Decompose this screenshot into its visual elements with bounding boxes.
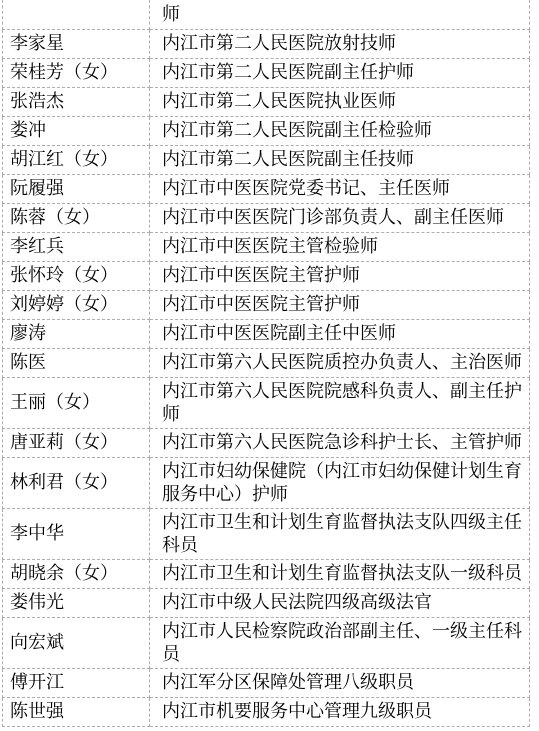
position-cell: 内江市中医医院党委书记、主任医师 <box>150 174 530 203</box>
name-cell: 唐亚莉（女） <box>3 428 150 457</box>
table-row: 师 <box>3 0 530 29</box>
name-cell: 林利君（女） <box>3 457 150 508</box>
position-cell: 内江市中医医院主管护师 <box>150 290 530 319</box>
name-cell: 娄伟光 <box>3 588 150 617</box>
name-cell: 阮履强 <box>3 174 150 203</box>
table-row: 娄伟光内江市中级人民法院四级高级法官 <box>3 588 530 617</box>
table-row: 李中华内江市卫生和计划生育监督执法支队四级主任科员 <box>3 508 530 559</box>
position-cell: 内江市机要服务中心管理九级职员 <box>150 697 530 726</box>
name-cell <box>3 0 150 29</box>
name-cell: 娄冲 <box>3 116 150 145</box>
name-cell: 刘婷婷（女） <box>3 290 150 319</box>
position-cell: 内江市中医医院门诊部负责人、副主任医师 <box>150 203 530 232</box>
name-cell: 向宏斌 <box>3 617 150 668</box>
name-cell: 傅开江 <box>3 668 150 697</box>
table-row: 李红兵内江市中医医院主管检验师 <box>3 232 530 261</box>
name-cell: 荣桂芳（女） <box>3 58 150 87</box>
name-cell: 王丽（女） <box>3 377 150 428</box>
table-row: 唐亚莉（女）内江市第六人民医院急诊科护士长、主管护师 <box>3 428 530 457</box>
table-row: 傅开江内江军分区保障处管理八级职员 <box>3 668 530 697</box>
position-cell: 内江市中级人民法院四级高级法官 <box>150 588 530 617</box>
personnel-table-body: 师李家星内江市第二人民医院放射技师荣桂芳（女）内江市第二人民医院副主任护师张浩杰… <box>3 0 530 726</box>
position-cell: 内江市卫生和计划生育监督执法支队一级科员 <box>150 559 530 588</box>
position-cell: 内江市卫生和计划生育监督执法支队四级主任科员 <box>150 508 530 559</box>
position-cell: 内江市中医医院副主任中医师 <box>150 319 530 348</box>
name-cell: 廖涛 <box>3 319 150 348</box>
position-cell: 内江市妇幼保健院（内江市妇幼保健计划生育服务中心）护师 <box>150 457 530 508</box>
name-cell: 张浩杰 <box>3 87 150 116</box>
table-row: 荣桂芳（女）内江市第二人民医院副主任护师 <box>3 58 530 87</box>
table-row: 陈世强内江市机要服务中心管理九级职员 <box>3 697 530 726</box>
position-cell: 内江市第六人民医院急诊科护士长、主管护师 <box>150 428 530 457</box>
table-row: 李家星内江市第二人民医院放射技师 <box>3 29 530 58</box>
table-row: 张怀玲（女）内江市中医医院主管护师 <box>3 261 530 290</box>
name-cell: 李中华 <box>3 508 150 559</box>
table-row: 娄冲内江市第二人民医院副主任检验师 <box>3 116 530 145</box>
name-cell: 胡晓余（女） <box>3 559 150 588</box>
name-cell: 陈世强 <box>3 697 150 726</box>
personnel-table: 师李家星内江市第二人民医院放射技师荣桂芳（女）内江市第二人民医院副主任护师张浩杰… <box>2 0 530 727</box>
name-cell: 胡江红（女） <box>3 145 150 174</box>
name-cell: 李红兵 <box>3 232 150 261</box>
table-row: 陈蓉（女）内江市中医医院门诊部负责人、副主任医师 <box>3 203 530 232</box>
position-cell: 内江市第二人民医院执业医师 <box>150 87 530 116</box>
table-row: 张浩杰内江市第二人民医院执业医师 <box>3 87 530 116</box>
name-cell: 陈医 <box>3 348 150 377</box>
table-row: 胡江红（女）内江市第二人民医院副主任技师 <box>3 145 530 174</box>
position-cell: 内江市第二人民医院副主任检验师 <box>150 116 530 145</box>
table-row: 向宏斌内江市人民检察院政治部副主任、一级主任科员 <box>3 617 530 668</box>
name-cell: 李家星 <box>3 29 150 58</box>
table-row: 廖涛内江市中医医院副主任中医师 <box>3 319 530 348</box>
position-cell: 内江市第二人民医院放射技师 <box>150 29 530 58</box>
position-cell: 内江市第二人民医院副主任护师 <box>150 58 530 87</box>
table-row: 刘婷婷（女）内江市中医医院主管护师 <box>3 290 530 319</box>
name-cell: 张怀玲（女） <box>3 261 150 290</box>
position-cell: 内江市第二人民医院副主任技师 <box>150 145 530 174</box>
document-page: 师李家星内江市第二人民医院放射技师荣桂芳（女）内江市第二人民医院副主任护师张浩杰… <box>0 0 539 731</box>
position-cell: 内江市第六人民医院院感科负责人、副主任护师 <box>150 377 530 428</box>
position-cell: 内江军分区保障处管理八级职员 <box>150 668 530 697</box>
position-cell: 内江市中医医院主管检验师 <box>150 232 530 261</box>
table-row: 陈医内江市第六人民医院质控办负责人、主治医师 <box>3 348 530 377</box>
position-cell: 内江市人民检察院政治部副主任、一级主任科员 <box>150 617 530 668</box>
table-row: 林利君（女）内江市妇幼保健院（内江市妇幼保健计划生育服务中心）护师 <box>3 457 530 508</box>
table-row: 胡晓余（女）内江市卫生和计划生育监督执法支队一级科员 <box>3 559 530 588</box>
name-cell: 陈蓉（女） <box>3 203 150 232</box>
table-row: 阮履强内江市中医医院党委书记、主任医师 <box>3 174 530 203</box>
position-cell: 内江市中医医院主管护师 <box>150 261 530 290</box>
position-cell: 师 <box>150 0 530 29</box>
table-row: 王丽（女）内江市第六人民医院院感科负责人、副主任护师 <box>3 377 530 428</box>
position-cell: 内江市第六人民医院质控办负责人、主治医师 <box>150 348 530 377</box>
